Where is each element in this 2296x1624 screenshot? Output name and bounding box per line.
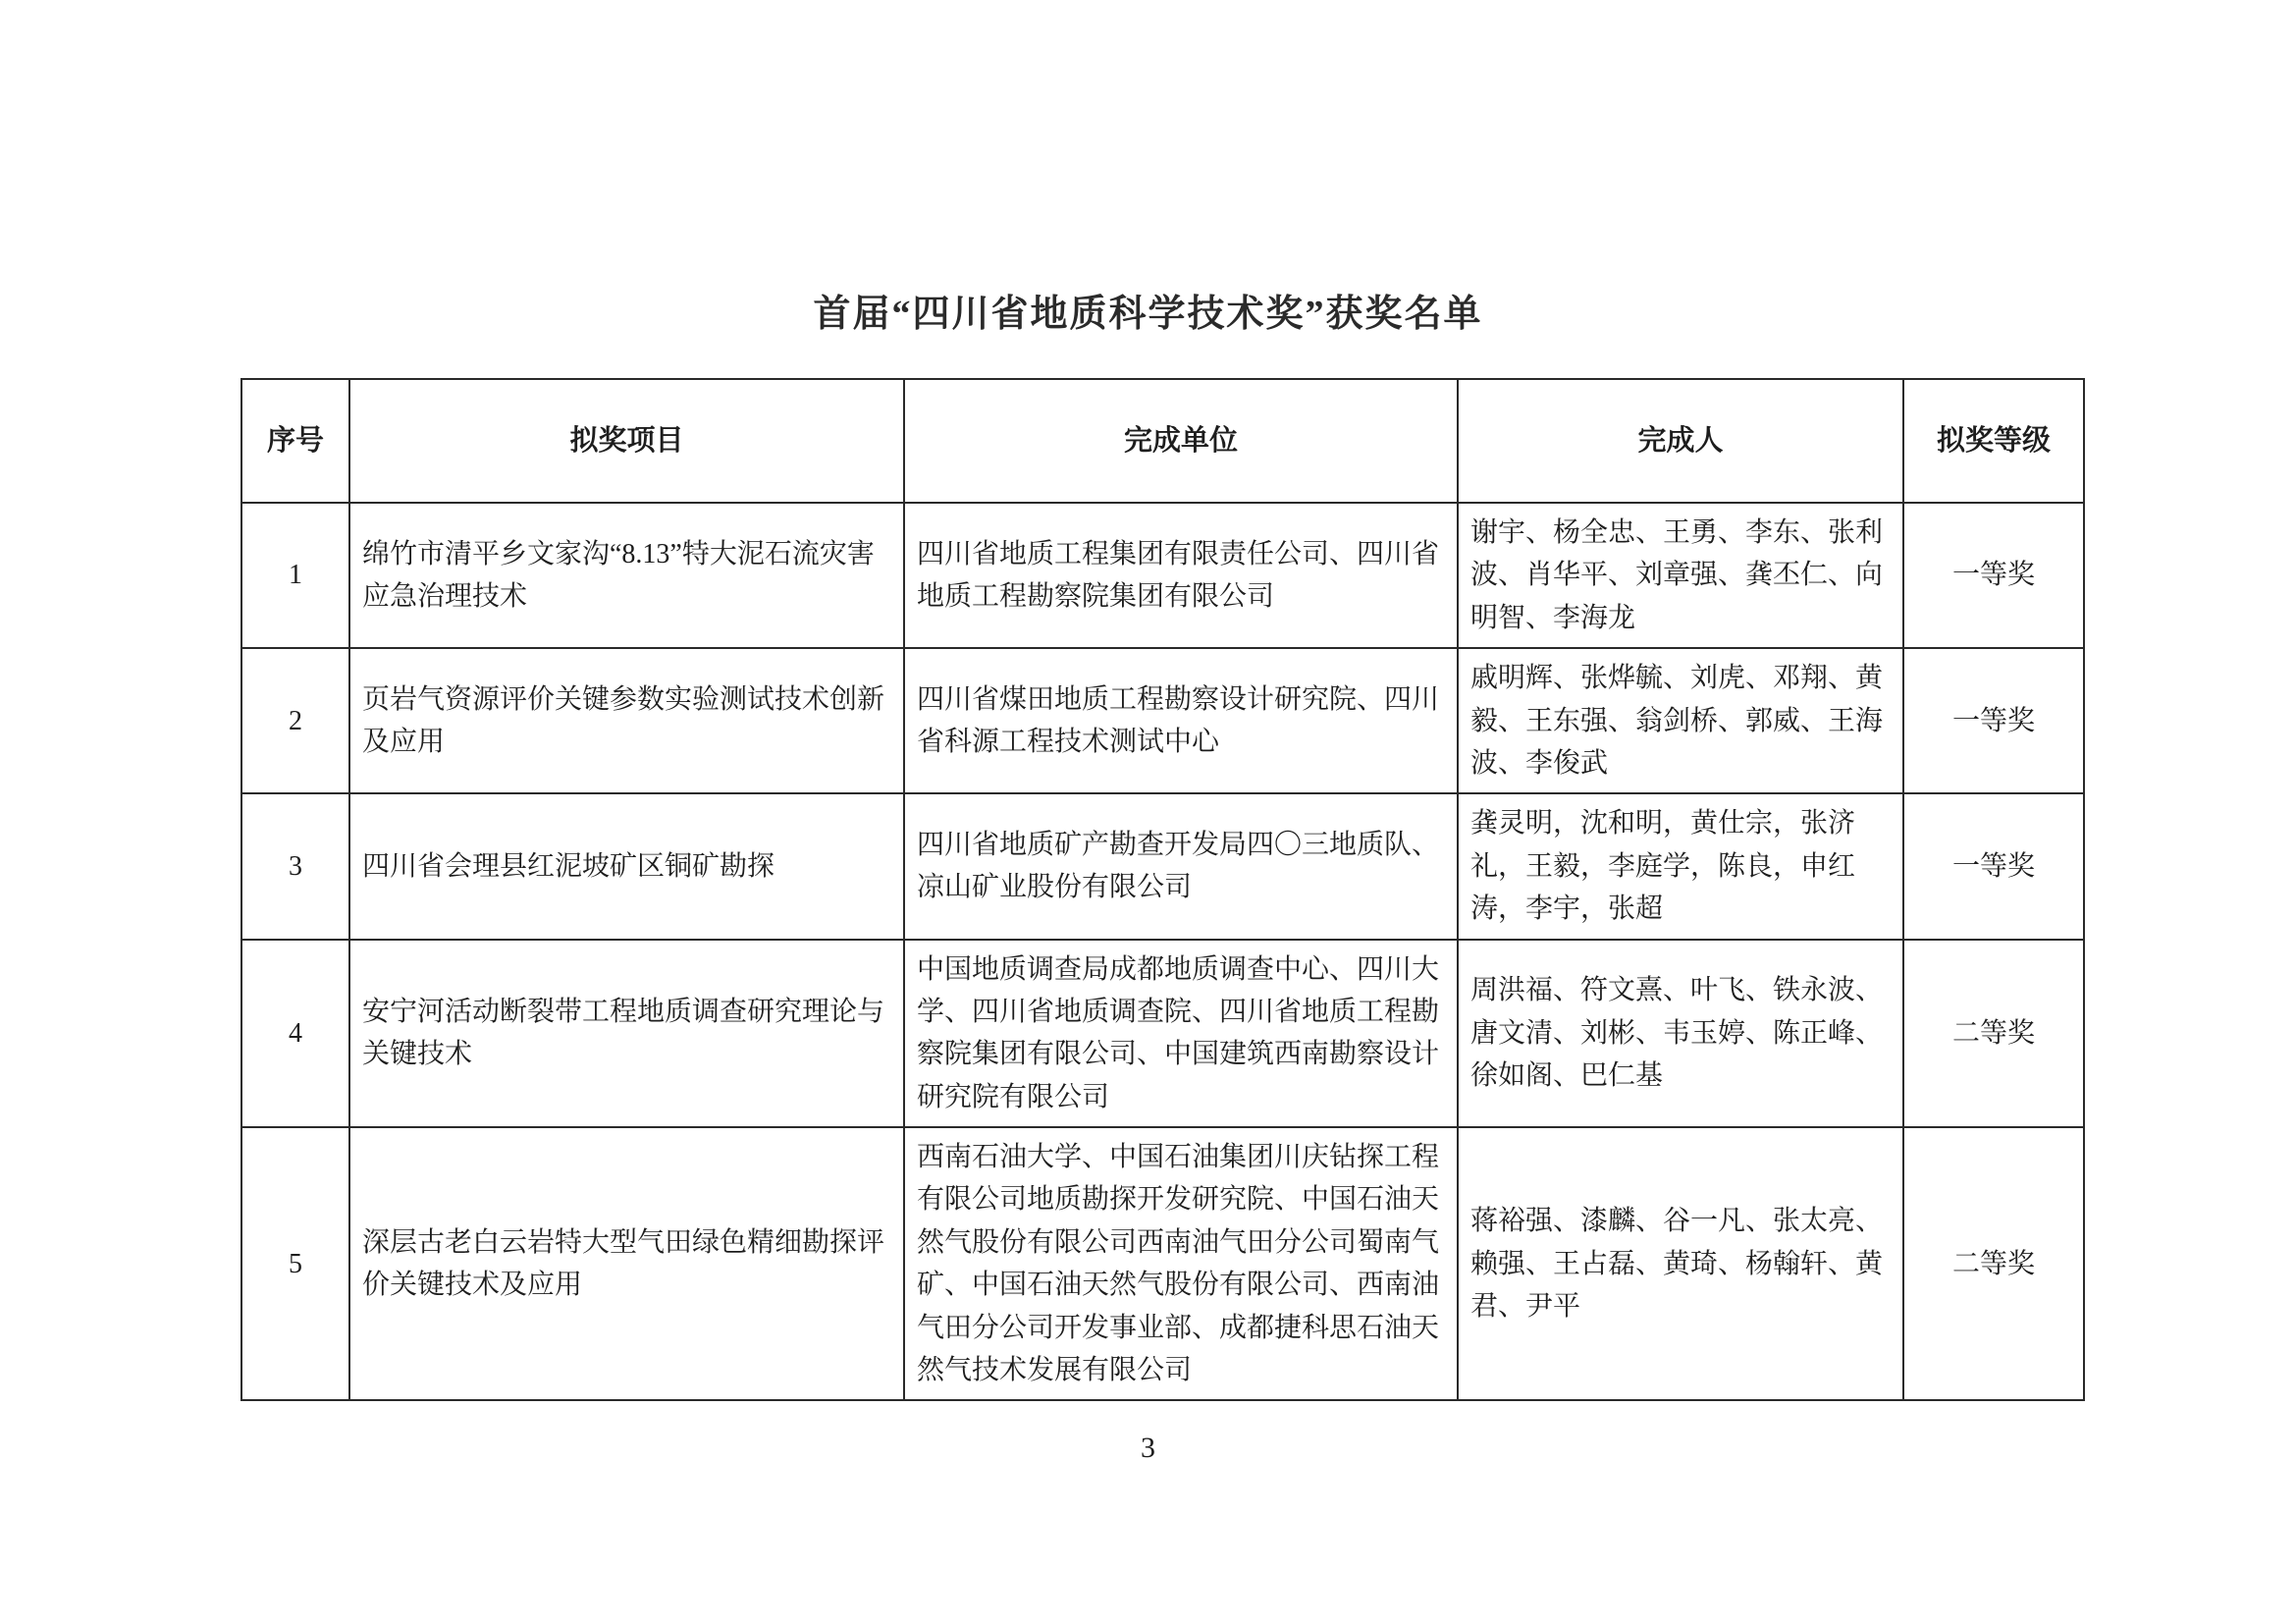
header-row: 序号 拟奖项目 完成单位 完成人 拟奖等级 [241,379,2084,503]
cell-project: 页岩气资源评价关键参数实验测试技术创新及应用 [349,648,904,793]
cell-units: 四川省地质矿产勘查开发局四〇三地质队、凉山矿业股份有限公司 [904,793,1458,939]
table-row: 2 页岩气资源评价关键参数实验测试技术创新及应用 四川省煤田地质工程勘察设计研究… [241,648,2084,793]
table-row: 1 绵竹市清平乡文家沟“8.13”特大泥石流灾害应急治理技术 四川省地质工程集团… [241,503,2084,648]
cell-no: 2 [241,648,349,793]
cell-project: 安宁河活动断裂带工程地质调查研究理论与关键技术 [349,940,904,1128]
cell-people: 谢宇、杨全忠、王勇、李东、张利波、肖华平、刘章强、龚丕仁、向明智、李海龙 [1458,503,1903,648]
cell-project: 四川省会理县红泥坡矿区铜矿勘探 [349,793,904,939]
cell-grade: 一等奖 [1903,648,2084,793]
cell-people: 戚明辉、张烨毓、刘虎、邓翔、黄毅、王东强、翁剑桥、郭威、王海波、李俊武 [1458,648,1903,793]
cell-people: 周洪福、符文熹、叶飞、铁永波、唐文清、刘彬、韦玉婷、陈正峰、徐如阁、巴仁基 [1458,940,1903,1128]
cell-no: 5 [241,1127,349,1400]
table-row: 3 四川省会理县红泥坡矿区铜矿勘探 四川省地质矿产勘查开发局四〇三地质队、凉山矿… [241,793,2084,939]
awards-table: 序号 拟奖项目 完成单位 完成人 拟奖等级 1 绵竹市清平乡文家沟“8.13”特… [240,378,2085,1401]
header-people: 完成人 [1458,379,1903,503]
cell-grade: 二等奖 [1903,1127,2084,1400]
cell-no: 1 [241,503,349,648]
cell-people: 蒋裕强、漆麟、谷一凡、张太亮、赖强、王占磊、黄琦、杨翰轩、黄君、尹平 [1458,1127,1903,1400]
table-row: 5 深层古老白云岩特大型气田绿色精细勘探评价关键技术及应用 西南石油大学、中国石… [241,1127,2084,1400]
cell-units: 四川省煤田地质工程勘察设计研究院、四川省科源工程技术测试中心 [904,648,1458,793]
cell-units: 西南石油大学、中国石油集团川庆钻探工程有限公司地质勘探开发研究院、中国石油天然气… [904,1127,1458,1400]
cell-grade: 一等奖 [1903,793,2084,939]
page-title: 首届“四川省地质科学技术奖”获奖名单 [0,283,2296,337]
cell-people: 龚灵明，沈和明，黄仕宗，张济礼，王毅，李庭学，陈良，申红涛，李宇，张超 [1458,793,1903,939]
cell-project: 深层古老白云岩特大型气田绿色精细勘探评价关键技术及应用 [349,1127,904,1400]
header-grade: 拟奖等级 [1903,379,2084,503]
cell-units: 中国地质调查局成都地质调查中心、四川大学、四川省地质调查院、四川省地质工程勘察院… [904,940,1458,1128]
cell-grade: 二等奖 [1903,940,2084,1128]
cell-units: 四川省地质工程集团有限责任公司、四川省地质工程勘察院集团有限公司 [904,503,1458,648]
cell-no: 3 [241,793,349,939]
cell-no: 4 [241,940,349,1128]
header-project: 拟奖项目 [349,379,904,503]
cell-project: 绵竹市清平乡文家沟“8.13”特大泥石流灾害应急治理技术 [349,503,904,648]
header-no: 序号 [241,379,349,503]
header-units: 完成单位 [904,379,1458,503]
cell-grade: 一等奖 [1903,503,2084,648]
table-row: 4 安宁河活动断裂带工程地质调查研究理论与关键技术 中国地质调查局成都地质调查中… [241,940,2084,1128]
page-number: 3 [0,1432,2296,1465]
